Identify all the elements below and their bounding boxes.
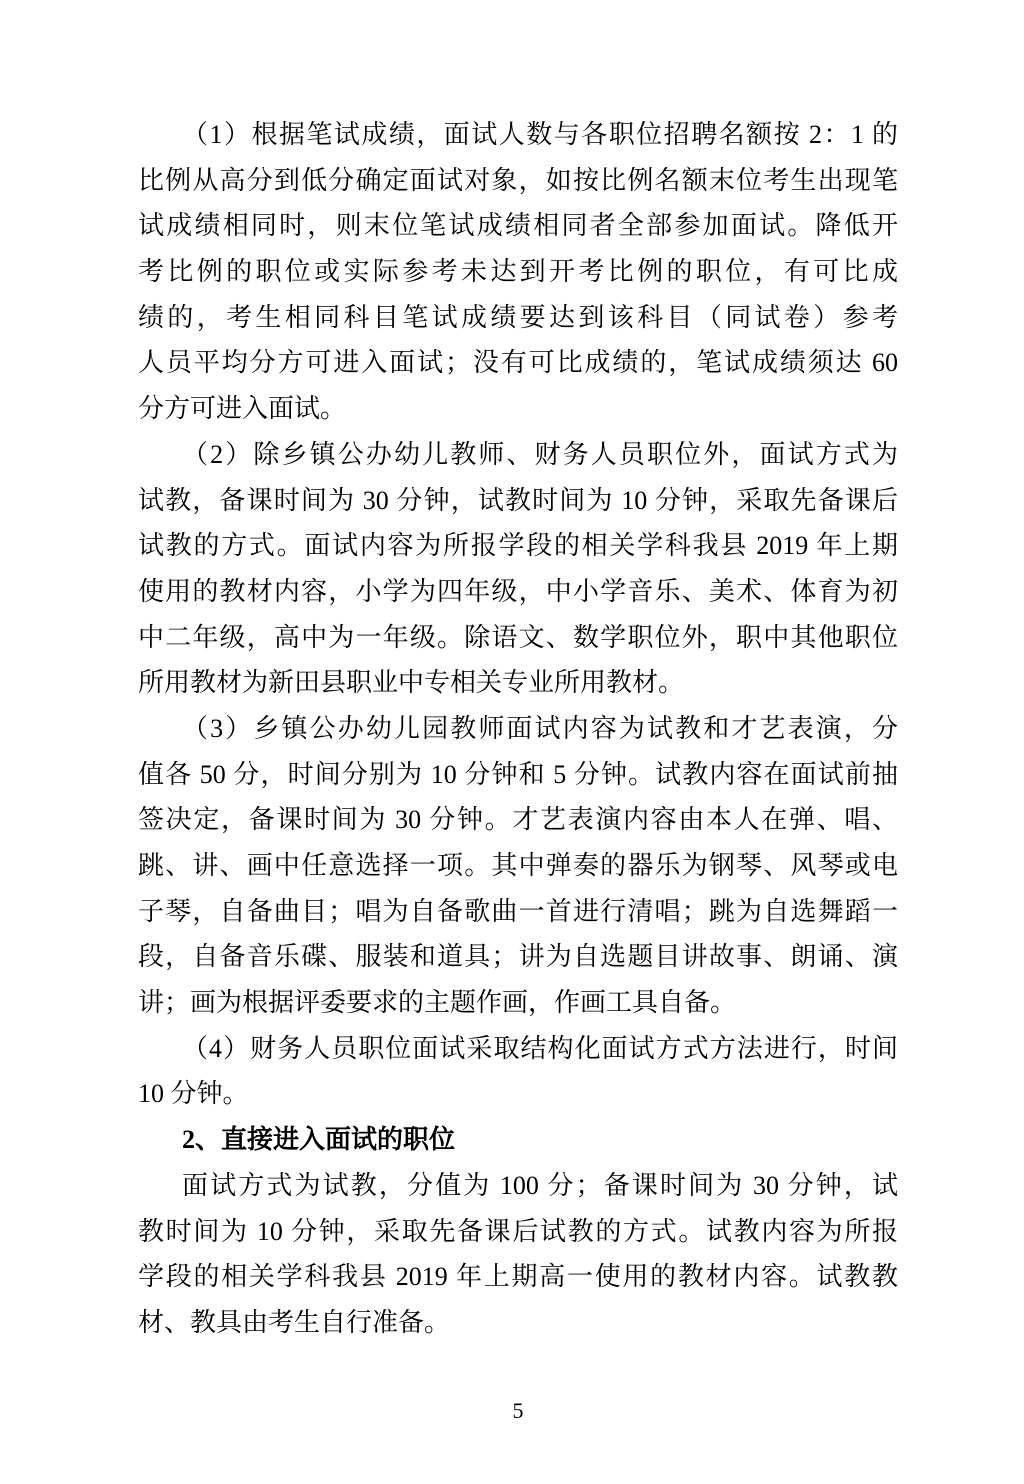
- paragraph-4: （4）财务人员职位面试采取结构化面试方式方法进行，时间10 分钟。: [138, 1026, 898, 1117]
- text-line: 跳、讲、画中任意选择一项。其中弹奏的器乐为钢琴、风琴或电: [138, 843, 898, 889]
- page-body: （1）根据笔试成绩，面试人数与各职位招聘名额按 2：1 的比例从高分到低分确定面…: [138, 112, 898, 1346]
- text-line: 面试方式为试教，分值为 100 分；备课时间为 30 分钟，试: [138, 1163, 898, 1209]
- paragraph-2: （2）除乡镇公办幼儿教师、财务人员职位外，面试方式为试教，备课时间为 30 分钟…: [138, 432, 898, 706]
- text-line: 讲；画为根据评委要求的主题作画，作画工具自备。: [138, 980, 898, 1026]
- text-line: 试教的方式。面试内容为所报学段的相关学科我县 2019 年上期: [138, 523, 898, 569]
- text-line: 绩的，考生相同科目笔试成绩要达到该科目（同试卷）参考: [138, 295, 898, 341]
- text-line: （1）根据笔试成绩，面试人数与各职位招聘名额按 2：1 的: [138, 112, 898, 158]
- text-line: 2、直接进入面试的职位: [138, 1117, 898, 1163]
- text-line: 10 分钟。: [138, 1071, 898, 1117]
- text-line: （2）除乡镇公办幼儿教师、财务人员职位外，面试方式为: [138, 432, 898, 478]
- text-line: 使用的教材内容，小学为四年级，中小学音乐、美术、体育为初: [138, 569, 898, 615]
- text-line: 人员平均分方可进入面试；没有可比成绩的，笔试成绩须达 60: [138, 340, 898, 386]
- document-page: { "page": { "background": "#ffffff", "te…: [0, 0, 1024, 1484]
- paragraph-3: （3）乡镇公办幼儿园教师面试内容为试教和才艺表演，分值各 50 分，时间分别为 …: [138, 706, 898, 1026]
- paragraph-6: 面试方式为试教，分值为 100 分；备课时间为 30 分钟，试教时间为 10 分…: [138, 1163, 898, 1346]
- text-line: 子琴，自备曲目；唱为自备歌曲一首进行清唱；跳为自选舞蹈一: [138, 889, 898, 935]
- text-line: 比例从高分到低分确定面试对象，如按比例名额末位考生出现笔: [138, 158, 898, 204]
- text-line: 教时间为 10 分钟，采取先备课后试教的方式。试教内容为所报: [138, 1209, 898, 1255]
- text-line: 值各 50 分，时间分别为 10 分钟和 5 分钟。试教内容在面试前抽: [138, 752, 898, 798]
- text-line: 考比例的职位或实际参考未达到开考比例的职位，有可比成: [138, 249, 898, 295]
- text-line: 材、教具由考生自行准备。: [138, 1300, 898, 1346]
- text-line: 中二年级，高中为一年级。除语文、数学职位外，职中其他职位: [138, 615, 898, 661]
- heading-5: 2、直接进入面试的职位: [138, 1117, 898, 1163]
- text-line: （4）财务人员职位面试采取结构化面试方式方法进行，时间: [138, 1026, 898, 1072]
- text-line: 试成绩相同时，则末位笔试成绩相同者全部参加面试。降低开: [138, 203, 898, 249]
- text-line: 所用教材为新田县职业中专相关专业所用教材。: [138, 660, 898, 706]
- text-line: （3）乡镇公办幼儿园教师面试内容为试教和才艺表演，分: [138, 706, 898, 752]
- paragraph-1: （1）根据笔试成绩，面试人数与各职位招聘名额按 2：1 的比例从高分到低分确定面…: [138, 112, 898, 432]
- page-number: 5: [138, 1396, 898, 1426]
- text-line: 段，自备音乐碟、服装和道具；讲为自选题目讲故事、朗诵、演: [138, 934, 898, 980]
- text-line: 签决定，备课时间为 30 分钟。才艺表演内容由本人在弹、唱、: [138, 797, 898, 843]
- text-line: 试教，备课时间为 30 分钟，试教时间为 10 分钟，采取先备课后: [138, 478, 898, 524]
- text-line: 学段的相关学科我县 2019 年上期高一使用的教材内容。试教教: [138, 1254, 898, 1300]
- text-line: 分方可进入面试。: [138, 386, 898, 432]
